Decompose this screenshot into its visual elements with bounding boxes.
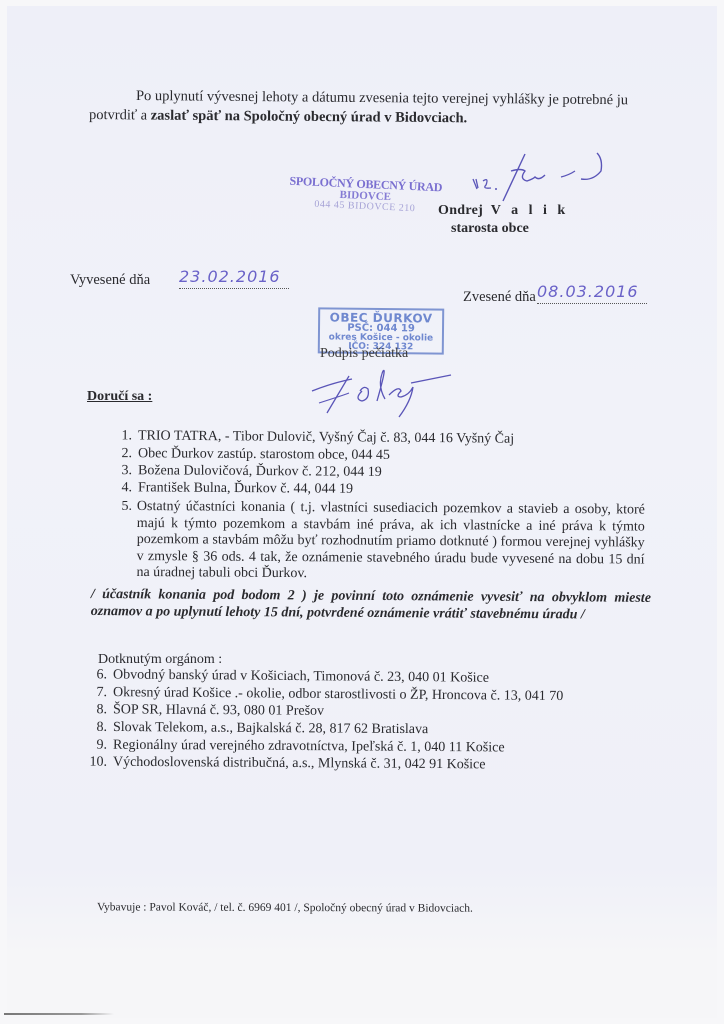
recipient-item-5-number: 5. bbox=[112, 499, 132, 515]
paper-edge-shadow bbox=[4, 1013, 114, 1015]
affected-bodies-heading: Dotknutým orgánom : bbox=[98, 652, 222, 668]
mayor-signature bbox=[463, 149, 613, 204]
mayor-first-name: Ondrej bbox=[438, 203, 483, 218]
recipient-item: 3.Božena Dulovičová, Ďurkov č. 212, 044 … bbox=[112, 463, 382, 481]
removed-date: 08.03.2016 bbox=[537, 283, 647, 304]
seal-signature bbox=[307, 361, 457, 421]
intro-line-2: potvrdiť a zaslať späť na Spoločný obecn… bbox=[89, 107, 467, 127]
posted-date: 23.02.2016 bbox=[179, 268, 289, 289]
affected-body-item: 6.Obvodný banský úrad v Košiciach, Timon… bbox=[87, 667, 489, 687]
intro-line-1: Po uplynutí vývesnej lehoty a dátumu zve… bbox=[136, 88, 628, 109]
affected-body-item: 8.ŠOP SR, Hlavná č. 93, 080 01 Prešov bbox=[87, 702, 324, 720]
affected-body-item: 10.Východoslovenská distribučná, a.s., M… bbox=[87, 755, 486, 774]
delivery-heading: Doručí sa : bbox=[87, 389, 152, 405]
removed-label: Zvesené dňa bbox=[463, 289, 536, 306]
intro-line-2-bold: zaslať späť na Spoločný obecný úrad v Bi… bbox=[151, 108, 468, 127]
mayor-name: Ondrej V a l i k bbox=[438, 203, 569, 219]
mayor-title: starosta obce bbox=[451, 221, 529, 237]
intro-line-2-prefix: potvrdiť a bbox=[89, 107, 151, 124]
delivery-note: / účastník konania pod bodom 2 ) je povi… bbox=[91, 587, 651, 624]
recipient-item: 2.Obec Ďurkov zastúp. starostom obce, 04… bbox=[112, 446, 390, 464]
office-stamp: SPOLOČNÝ OBECNÝ ÚRAD BIDOVCE 044 45 BIDO… bbox=[288, 175, 442, 216]
recipient-item: 4.František Bulna, Ďurkov č. 44, 044 19 bbox=[112, 480, 353, 498]
affected-body-item: 8.Slovak Telekom, a.s., Bajkalská č. 28,… bbox=[87, 720, 428, 738]
handled-by-footer: Vybavuje : Pavol Kováč, / tel. č. 6969 4… bbox=[97, 901, 473, 914]
seal-label: Podpis pečiatka bbox=[320, 346, 408, 362]
recipient-item: 1.TRIO TATRA, - Tibor Dulovič, Vyšný Čaj… bbox=[112, 428, 514, 448]
posted-label: Vyvesené dňa bbox=[70, 272, 150, 289]
document-page: Po uplynutí vývesnej lehoty a dátumu zve… bbox=[7, 6, 717, 1018]
mayor-last-name: V a l i k bbox=[491, 203, 569, 218]
recipient-item-5-text: Ostatný účastníci konania ( t.j. vlastní… bbox=[136, 499, 645, 585]
affected-body-item: 9.Regionálny úrad verejného zdravotníctv… bbox=[87, 738, 505, 757]
